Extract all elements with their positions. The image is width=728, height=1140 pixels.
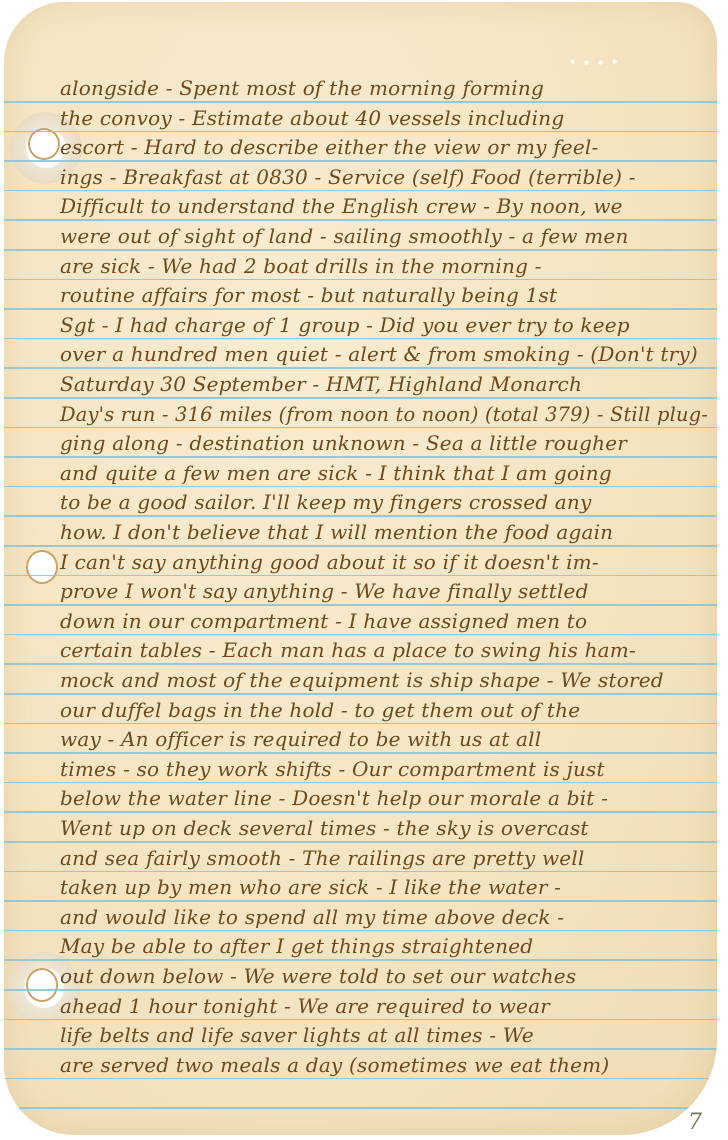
diary-page: alongside - Spent most of the morning fo… (4, 2, 717, 1135)
handwritten-line: below the water line - Doesn't help our … (60, 786, 608, 810)
handwritten-line: and quite a few men are sick - I think t… (60, 461, 612, 485)
handwritten-line: May be able to after I get things straig… (60, 934, 533, 958)
ruled-line (4, 131, 717, 133)
ruled-line (4, 575, 717, 577)
handwritten-line: and would like to spend all my time abov… (60, 905, 564, 929)
ruled-line (4, 1019, 717, 1021)
perforation-mark (612, 59, 617, 64)
handwritten-line: ahead 1 hour tonight - We are required t… (60, 994, 550, 1018)
handwritten-line: I can't say anything good about it so if… (60, 550, 599, 574)
handwritten-line: are sick - We had 2 boat drills in the m… (60, 254, 542, 278)
handwritten-line: Went up on deck several times - the sky … (60, 816, 589, 840)
handwritten-line: mock and most of the equipment is ship s… (60, 668, 664, 692)
handwritten-line: escort - Hard to describe either the vie… (60, 135, 598, 159)
ruled-line (4, 397, 717, 399)
ruled-line (4, 249, 717, 251)
handwritten-line: prove I won't say anything - We have fin… (60, 579, 589, 603)
ruled-line (4, 989, 717, 991)
ruled-line (4, 456, 717, 458)
binder-hole-bottom (28, 970, 56, 1000)
ruled-line (4, 308, 717, 310)
ruled-line (4, 279, 717, 281)
perforation-mark (570, 59, 575, 64)
handwritten-line: down in our compartment - I have assigne… (60, 609, 587, 633)
ruled-line (4, 101, 717, 103)
ruled-line (4, 752, 717, 754)
handwritten-line: taken up by men who are sick - I like th… (60, 875, 561, 899)
ruled-line (4, 723, 717, 725)
handwritten-line: certain tables - Each man has a place to… (60, 638, 636, 662)
page-number: 7 (688, 1110, 702, 1135)
handwritten-line: were out of sight of land - sailing smoo… (60, 224, 629, 248)
ruled-line (4, 545, 717, 547)
handwritten-line: way - An officer is required to be with … (60, 727, 541, 751)
ruled-line (4, 515, 717, 517)
perforation-mark (584, 60, 589, 65)
ruled-line (4, 782, 717, 784)
ruled-line (4, 811, 717, 813)
handwritten-line: how. I don't believe that I will mention… (60, 520, 613, 544)
ruled-line (4, 604, 717, 606)
ruled-line (4, 663, 717, 665)
ruled-line (4, 959, 717, 961)
handwritten-line: Sgt - I had charge of 1 group - Did you … (60, 313, 630, 337)
handwritten-line: ings - Breakfast at 0830 - Service (self… (60, 165, 636, 189)
handwritten-line: life belts and life saver lights at all … (60, 1023, 534, 1047)
handwritten-line: are served two meals a day (sometimes we… (60, 1053, 609, 1077)
handwritten-line: Difficult to understand the English crew… (60, 194, 623, 218)
ruled-line (4, 367, 717, 369)
ruled-line (4, 930, 717, 932)
handwritten-line: alongside - Spent most of the morning fo… (60, 76, 544, 100)
ruled-line (4, 871, 717, 873)
handwritten-line: to be a good sailor. I'll keep my finger… (60, 490, 592, 514)
ruled-line (4, 1078, 717, 1080)
handwritten-line: the convoy - Estimate about 40 vessels i… (60, 106, 564, 130)
ruled-line (4, 190, 717, 192)
handwritten-line: out down below - We were told to set our… (60, 964, 576, 988)
ruled-line (4, 693, 717, 695)
ruled-line (4, 841, 717, 843)
ruled-line (4, 1107, 717, 1109)
binder-hole-top (30, 130, 58, 158)
ruled-line (4, 160, 717, 162)
handwritten-line: our duffel bags in the hold - to get the… (60, 698, 580, 722)
ruled-line (4, 900, 717, 902)
ruled-line (4, 486, 717, 488)
ruled-line (4, 427, 717, 429)
ruled-line (4, 634, 717, 636)
binder-hole-middle (28, 552, 56, 582)
ruled-line (4, 1048, 717, 1050)
ruled-line (4, 219, 717, 221)
ruled-line (4, 338, 717, 340)
handwritten-line: over a hundred men quiet - alert & from … (60, 342, 698, 366)
perforation-mark (598, 60, 603, 65)
handwritten-line: routine affairs for most - but naturally… (60, 283, 557, 307)
handwritten-line: ging along - destination unknown - Sea a… (60, 431, 627, 455)
handwritten-line: Saturday 30 September - HMT, Highland Mo… (60, 372, 582, 396)
handwritten-line: Day's run - 316 miles (from noon to noon… (60, 402, 708, 426)
handwritten-line: times - so they work shifts - Our compar… (60, 757, 605, 781)
handwritten-line: and sea fairly smooth - The railings are… (60, 846, 585, 870)
